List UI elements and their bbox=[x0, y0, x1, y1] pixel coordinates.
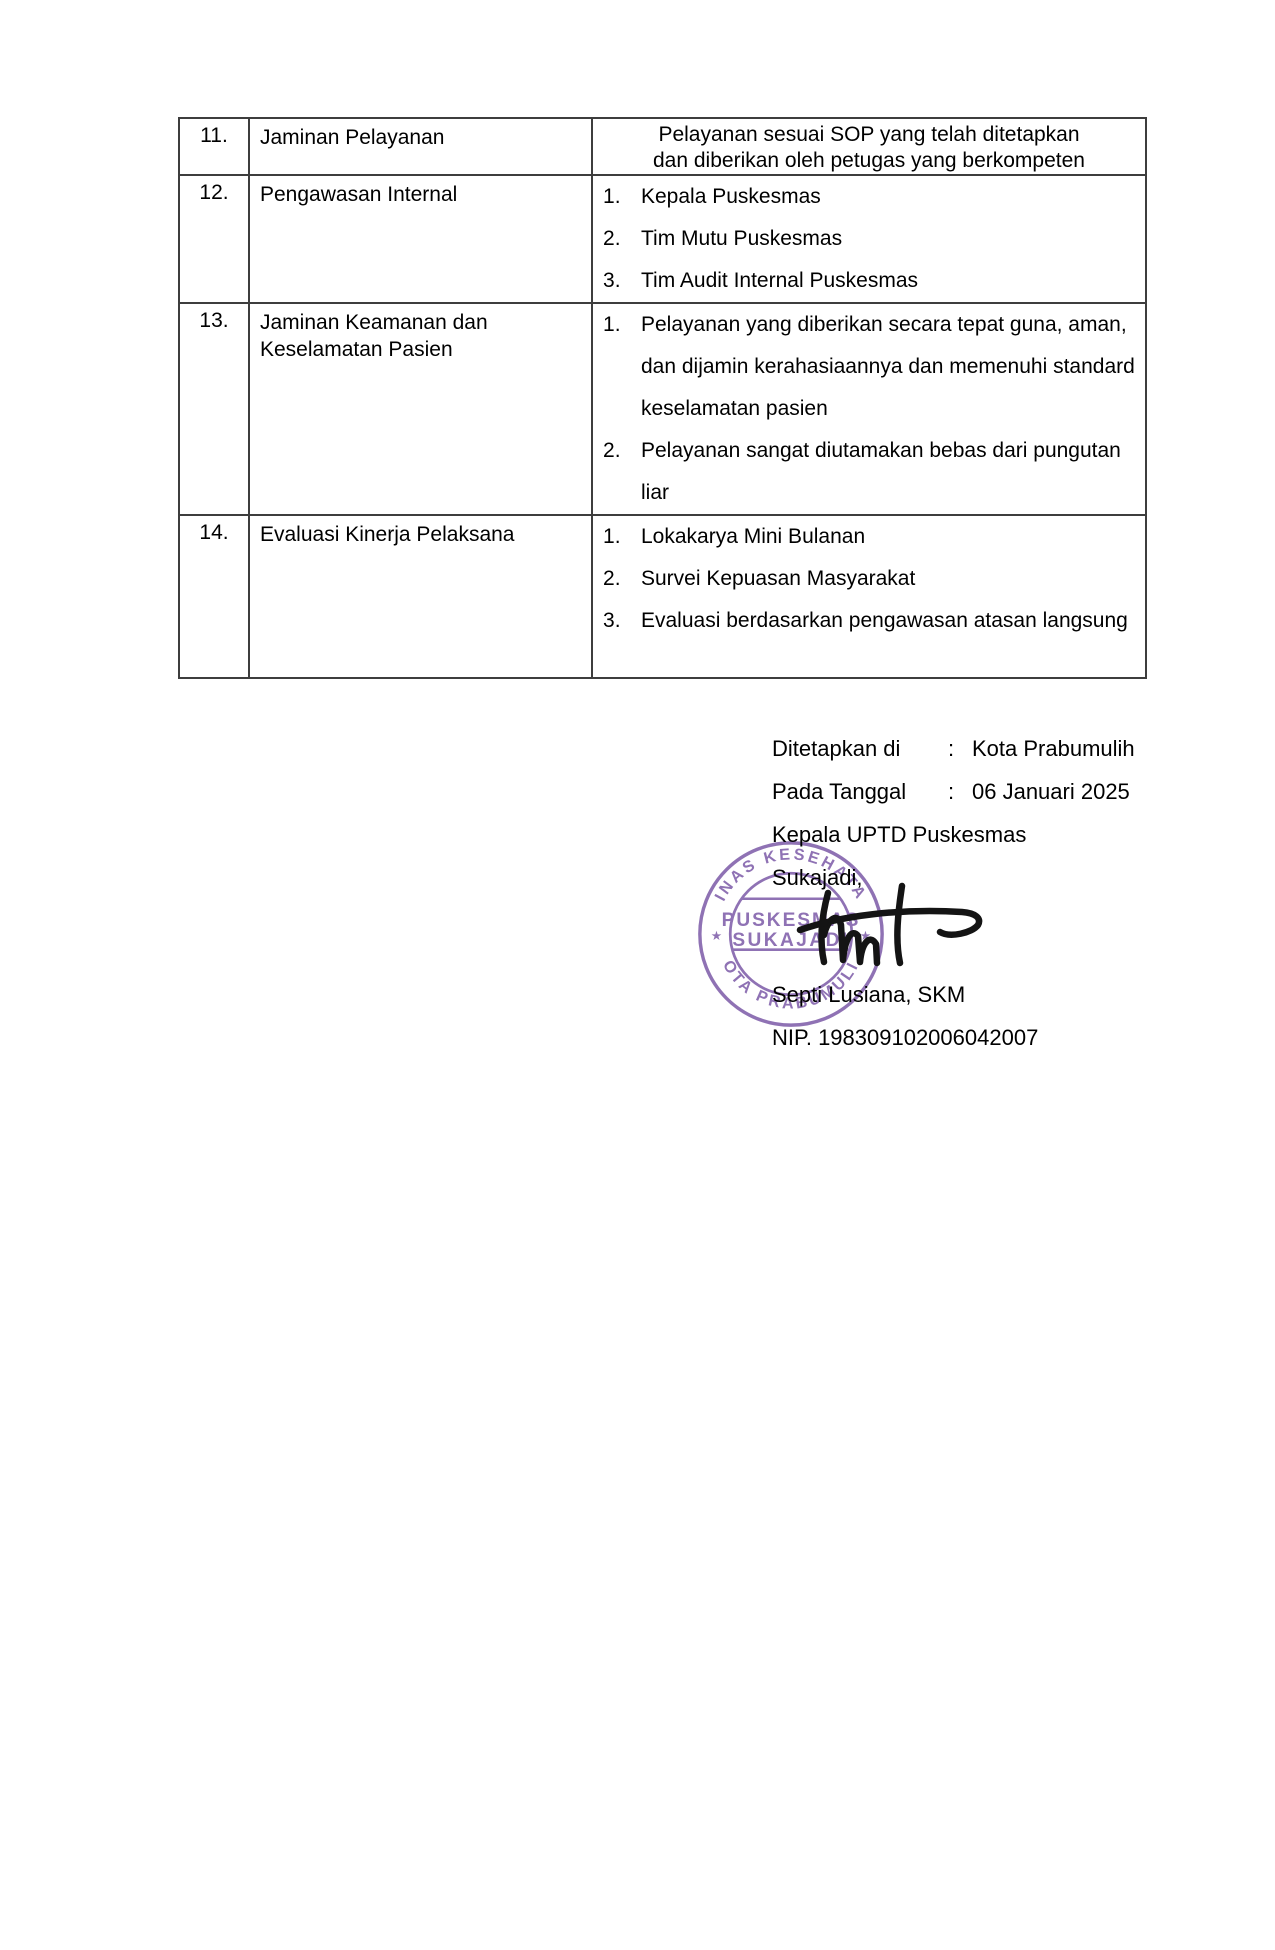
row-number: 13. bbox=[179, 303, 249, 515]
row-value: Pelayanan sesuai SOP yang telah ditetapk… bbox=[592, 118, 1146, 175]
row-label: Pengawasan Internal bbox=[249, 175, 592, 303]
list-item: Pelayanan sangat diutamakan bebas dari p… bbox=[641, 430, 1139, 514]
row-value: Pelayanan yang diberikan secara tepat gu… bbox=[592, 303, 1146, 515]
value-line: Pelayanan sesuai SOP yang telah ditetapk… bbox=[593, 122, 1145, 148]
row-number: 12. bbox=[179, 175, 249, 303]
date-label: Pada Tanggal bbox=[772, 770, 948, 813]
table-row: 14. Evaluasi Kinerja Pelaksana Lokakarya… bbox=[179, 515, 1146, 678]
table-row: 12. Pengawasan Internal Kepala Puskesmas… bbox=[179, 175, 1146, 303]
service-standard-table: 11. Jaminan Pelayanan Pelayanan sesuai S… bbox=[178, 117, 1147, 679]
date-line: Pada Tanggal : 06 Januari 2025 bbox=[772, 770, 1192, 813]
date-value: 06 Januari 2025 bbox=[972, 770, 1192, 813]
signature-stroke bbox=[897, 886, 902, 963]
value-line: dan diberikan oleh petugas yang berkompe… bbox=[593, 148, 1145, 174]
list-item: Lokakarya Mini Bulanan bbox=[641, 516, 1139, 558]
list-item: Kepala Puskesmas bbox=[641, 176, 1139, 218]
place-value: Kota Prabumulih bbox=[972, 727, 1192, 770]
row-label: Evaluasi Kinerja Pelaksana bbox=[249, 515, 592, 678]
place-label: Ditetapkan di bbox=[772, 727, 948, 770]
handwritten-signature bbox=[790, 875, 1000, 975]
signature-stroke bbox=[824, 918, 877, 963]
row-value: Lokakarya Mini Bulanan Survei Kepuasan M… bbox=[592, 515, 1146, 678]
date-colon: : bbox=[948, 770, 972, 813]
place-colon: : bbox=[948, 727, 972, 770]
list-item: Tim Mutu Puskesmas bbox=[641, 218, 1139, 260]
list-item: Pelayanan yang diberikan secara tepat gu… bbox=[641, 304, 1139, 430]
table-row: 13. Jaminan Keamanan dan Keselamatan Pas… bbox=[179, 303, 1146, 515]
row-number: 14. bbox=[179, 515, 249, 678]
list-item: Survei Kepuasan Masyarakat bbox=[641, 558, 1139, 600]
stamp-star-left: ★ bbox=[711, 928, 722, 943]
row-value: Kepala Puskesmas Tim Mutu Puskesmas Tim … bbox=[592, 175, 1146, 303]
list-item: Evaluasi berdasarkan pengawasan atasan l… bbox=[641, 600, 1139, 642]
row-number: 11. bbox=[179, 118, 249, 175]
list-item: Tim Audit Internal Puskesmas bbox=[641, 260, 1139, 302]
row-label: Jaminan Keamanan dan Keselamatan Pasien bbox=[249, 303, 592, 515]
document-page: 11. Jaminan Pelayanan Pelayanan sesuai S… bbox=[0, 0, 1275, 1950]
place-line: Ditetapkan di : Kota Prabumulih bbox=[772, 727, 1192, 770]
table-row: 11. Jaminan Pelayanan Pelayanan sesuai S… bbox=[179, 118, 1146, 175]
row-label: Jaminan Pelayanan bbox=[249, 118, 592, 175]
